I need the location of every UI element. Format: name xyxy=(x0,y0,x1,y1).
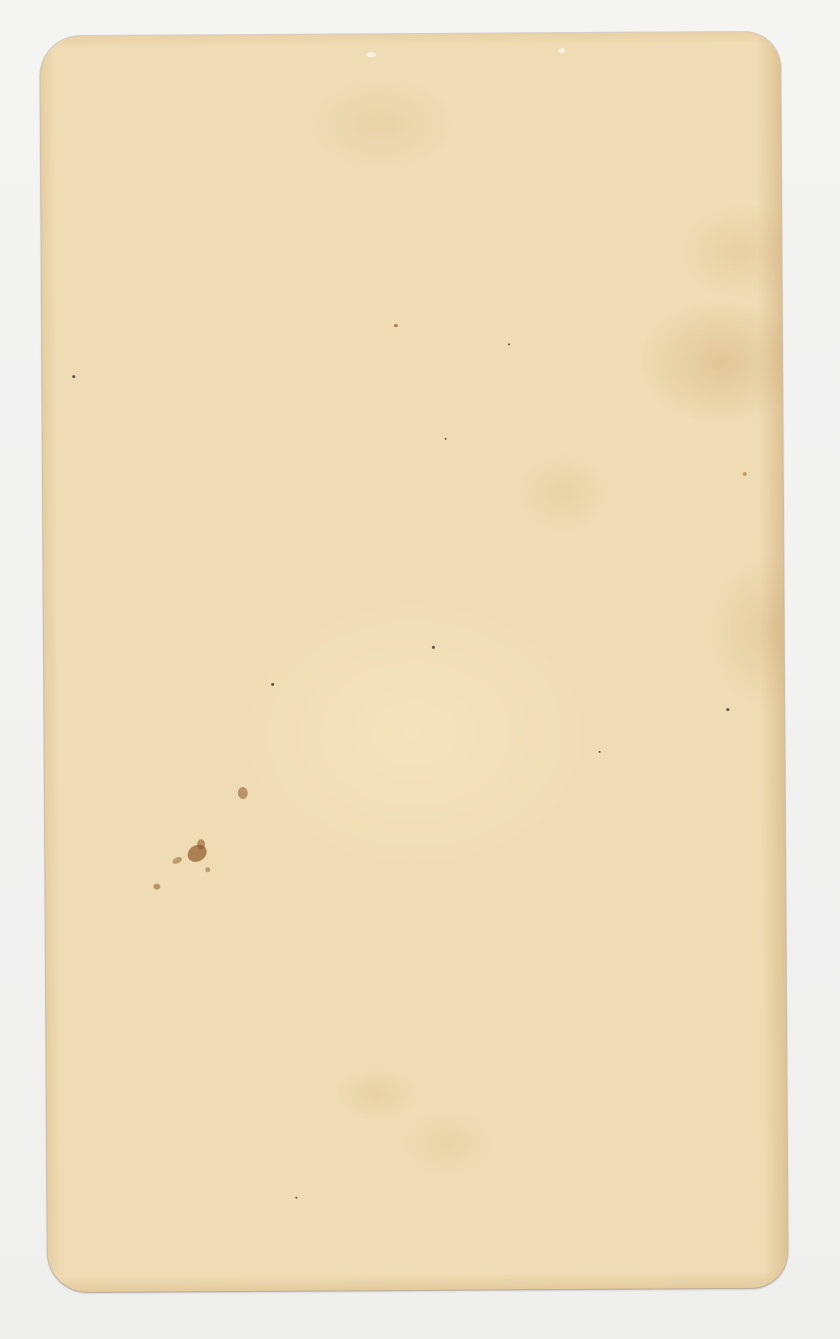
stain-spot xyxy=(197,839,205,849)
edge-nick xyxy=(366,52,376,57)
stain-spot xyxy=(153,884,160,890)
stain-spot xyxy=(205,867,210,872)
scan-background: Aged cream-colored card back with rounde… xyxy=(0,0,840,1339)
speck xyxy=(295,1197,297,1199)
speck xyxy=(445,438,447,440)
edge-nick xyxy=(558,48,565,53)
speck xyxy=(599,751,601,753)
speck xyxy=(271,683,274,686)
speck xyxy=(72,375,75,378)
speck xyxy=(726,708,729,711)
card-back xyxy=(40,32,788,1292)
speck xyxy=(508,343,510,345)
stain-spot xyxy=(238,787,248,799)
stain-spot xyxy=(171,856,183,866)
speck xyxy=(743,472,747,476)
speck xyxy=(394,324,398,327)
speck xyxy=(432,646,435,649)
